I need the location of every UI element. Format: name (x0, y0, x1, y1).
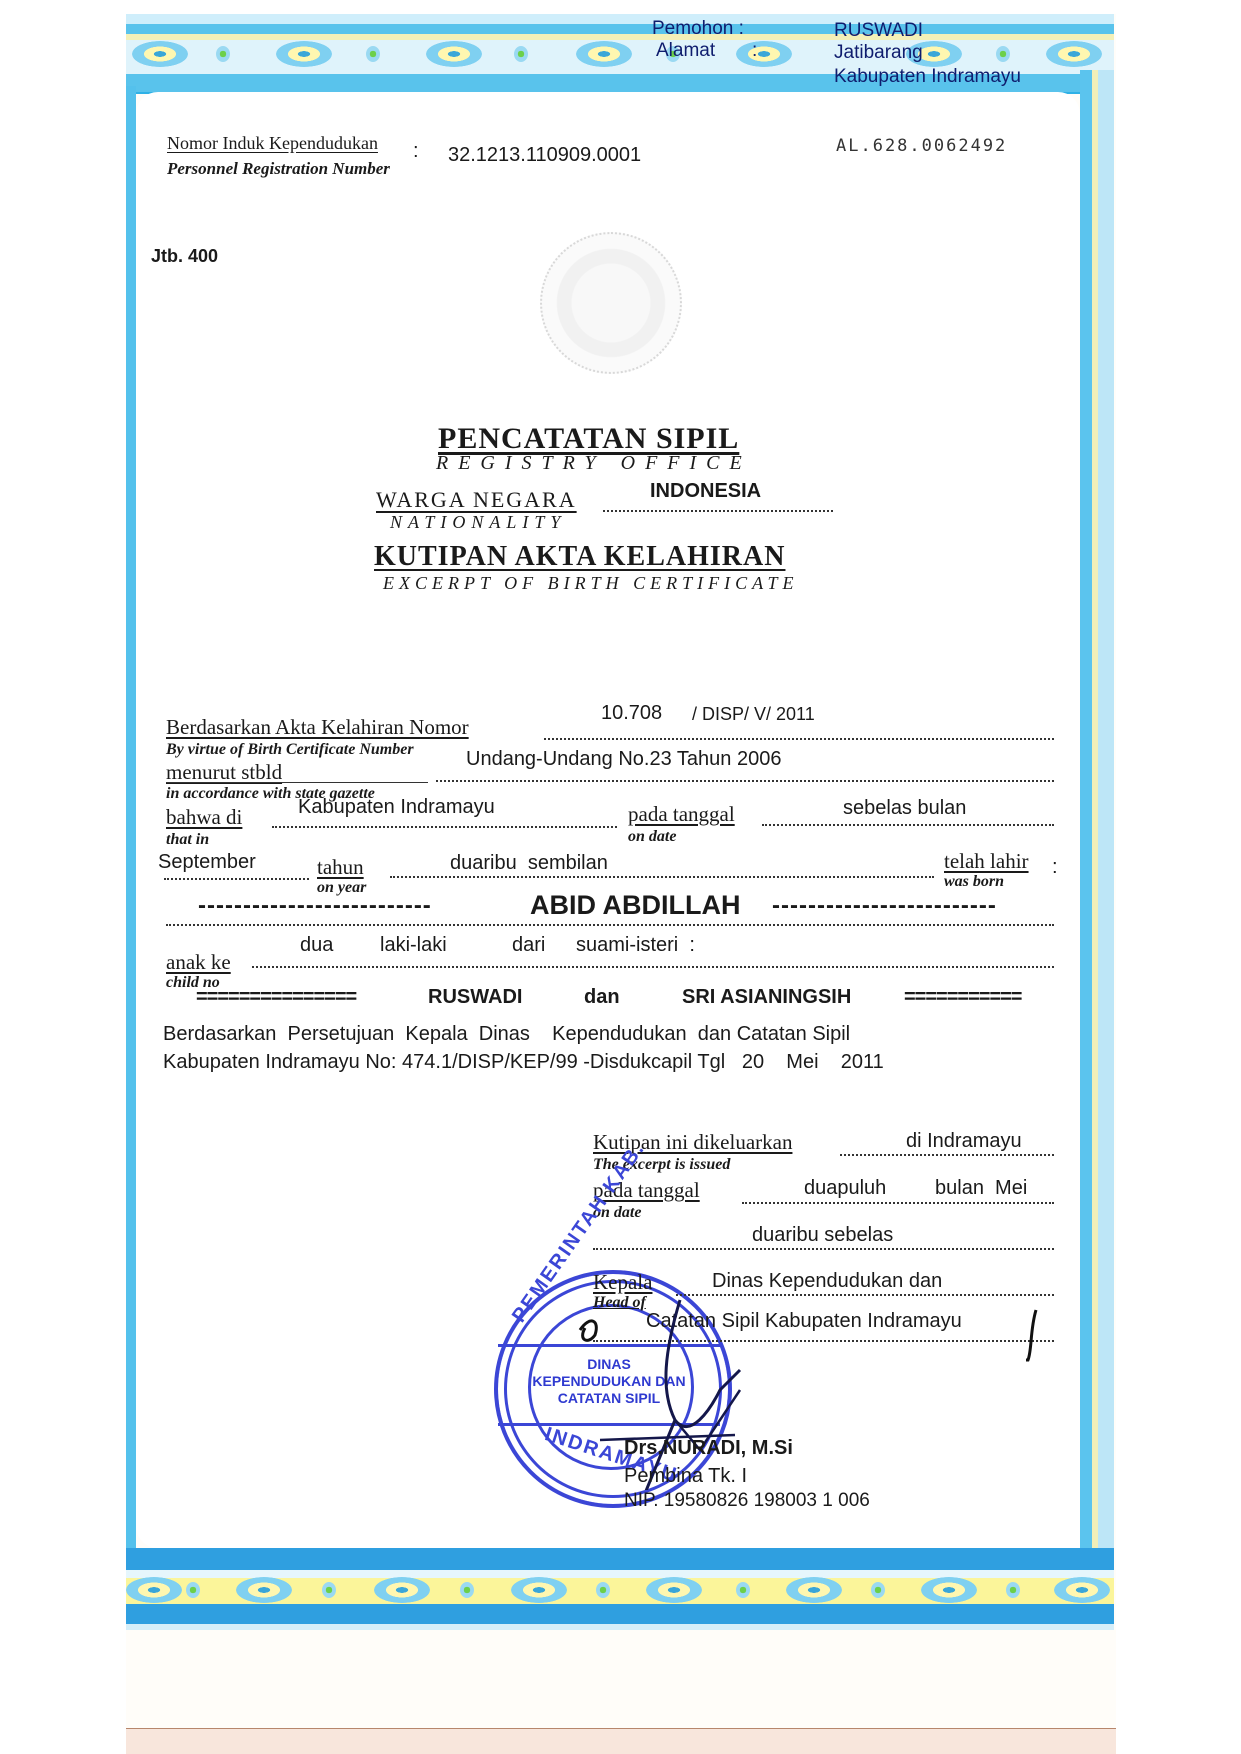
birth-date-value: sebelas bulan (843, 797, 966, 820)
place-value: Kabupaten Indramayu (298, 796, 495, 819)
cert-number-suffix: / DISP/ V/ 2011 (692, 704, 815, 725)
serial-number: AL.628.0062492 (836, 136, 1007, 156)
official-rank: Pembina Tk. I (624, 1465, 747, 1488)
embossed-seal (540, 232, 682, 374)
address-colon: : (752, 40, 757, 62)
name-right-dashes: ------------------------- (772, 892, 997, 920)
birth-year-value: duaribu sembilan (450, 852, 608, 875)
bottom-border-band (126, 1548, 1114, 1630)
registry-title: PENCATATAN SIPIL (438, 422, 739, 456)
birth-date-label-en: on date (628, 828, 676, 846)
nik-label: Nomor Induk Kependudukan (167, 133, 378, 154)
right-border-band (1080, 70, 1114, 1552)
address-line-1: Jatibarang (834, 42, 923, 64)
and-label: dan (584, 986, 620, 1009)
nik-label-en: Personnel Registration Number (167, 159, 390, 179)
couple-label: suami-isteri : (576, 934, 695, 957)
born-colon: : (1052, 856, 1058, 879)
paper-backing (126, 1728, 1116, 1754)
place-dotted-line (272, 826, 617, 828)
child-number-value: dua (300, 934, 333, 957)
issue-date-year: duaribu sebelas (752, 1224, 893, 1247)
cert-number-label: Berdasarkan Akta Kelahiran Nomor (166, 715, 469, 740)
issued-place-dotted-line (840, 1154, 1054, 1156)
issued-place: di Indramayu (906, 1130, 1022, 1153)
signature (560, 1290, 1060, 1490)
birth-date-label: pada tanggal (628, 802, 735, 827)
parents-left-separator: =============== (196, 986, 356, 1009)
issue-date-month: bulan Mei (935, 1177, 1027, 1200)
official-nip: NIP. 19580826 198003 1 006 (624, 1490, 870, 1512)
nationality-dotted-line (603, 510, 833, 512)
name-left-dashes: -------------------------- (198, 892, 432, 920)
father-name: RUSWADI (428, 986, 522, 1009)
office-code: Jtb. 400 (151, 246, 218, 267)
birth-month-dotted-line (164, 878, 309, 880)
issue-year-dotted-line (593, 1248, 1054, 1250)
document-title: KUTIPAN AKTA KELAHIRAN (374, 541, 785, 573)
child-name: ABID ABDILLAH (530, 890, 740, 921)
official-name: Drs.NURADI, M.Si (624, 1437, 793, 1460)
approval-line-1: Berdasarkan Persetujuan Kepala Dinas Kep… (163, 1023, 850, 1046)
cert-number-value: 10.708 (601, 702, 662, 725)
birth-year-label: tahun (317, 855, 364, 880)
nik-colon: : (413, 140, 419, 163)
child-name-dotted-line (166, 924, 1054, 926)
cert-number-label-en: By virtue of Birth Certificate Number (166, 741, 414, 759)
mother-name: SRI ASIANINGSIH (682, 986, 851, 1009)
nationality-label-en: NATIONALITY (390, 512, 566, 533)
child-number-label: anak ke (166, 950, 231, 975)
parents-right-separator: =========== (904, 986, 1021, 1009)
stbld-value: Undang-Undang No.23 Tahun 2006 (466, 748, 781, 771)
born-label: telah lahir (944, 849, 1029, 874)
born-label-en: was born (944, 873, 1004, 891)
address-line-2: Kabupaten Indramayu (834, 66, 1021, 88)
gender-value: laki-laki (380, 934, 447, 957)
document-title-en: EXCERPT OF BIRTH CERTIFICATE (383, 573, 798, 594)
nationality-value: INDONESIA (650, 480, 761, 503)
birth-date-dotted-line (762, 824, 1054, 826)
stbld-dotted-line (436, 780, 1054, 782)
stbld-underline (166, 782, 428, 783)
birth-year-dotted-line (390, 876, 934, 878)
child-number-dotted-line (252, 966, 1054, 968)
applicant-name: RUSWADI (834, 20, 923, 42)
address-label: Alamat (656, 40, 715, 62)
issue-date-dotted-line (742, 1202, 1054, 1204)
left-border-band (126, 86, 136, 1552)
place-label: bahwa di (166, 805, 242, 830)
nationality-label: WARGA NEGARA (376, 487, 577, 513)
nik-value: 32.1213.110909.0001 (448, 144, 641, 167)
issue-date-day: duapuluh (804, 1177, 886, 1200)
approval-line-2: Kabupaten Indramayu No: 474.1/DISP/KEP/9… (163, 1051, 884, 1074)
cert-number-dotted-line (544, 738, 1054, 740)
applicant-label: Pemohon : (652, 18, 744, 40)
registry-title-en: REGISTRY OFFICE (436, 452, 752, 475)
place-label-en: that in (166, 831, 209, 849)
birth-month-value: September (158, 851, 256, 874)
from-label: dari (512, 934, 545, 957)
